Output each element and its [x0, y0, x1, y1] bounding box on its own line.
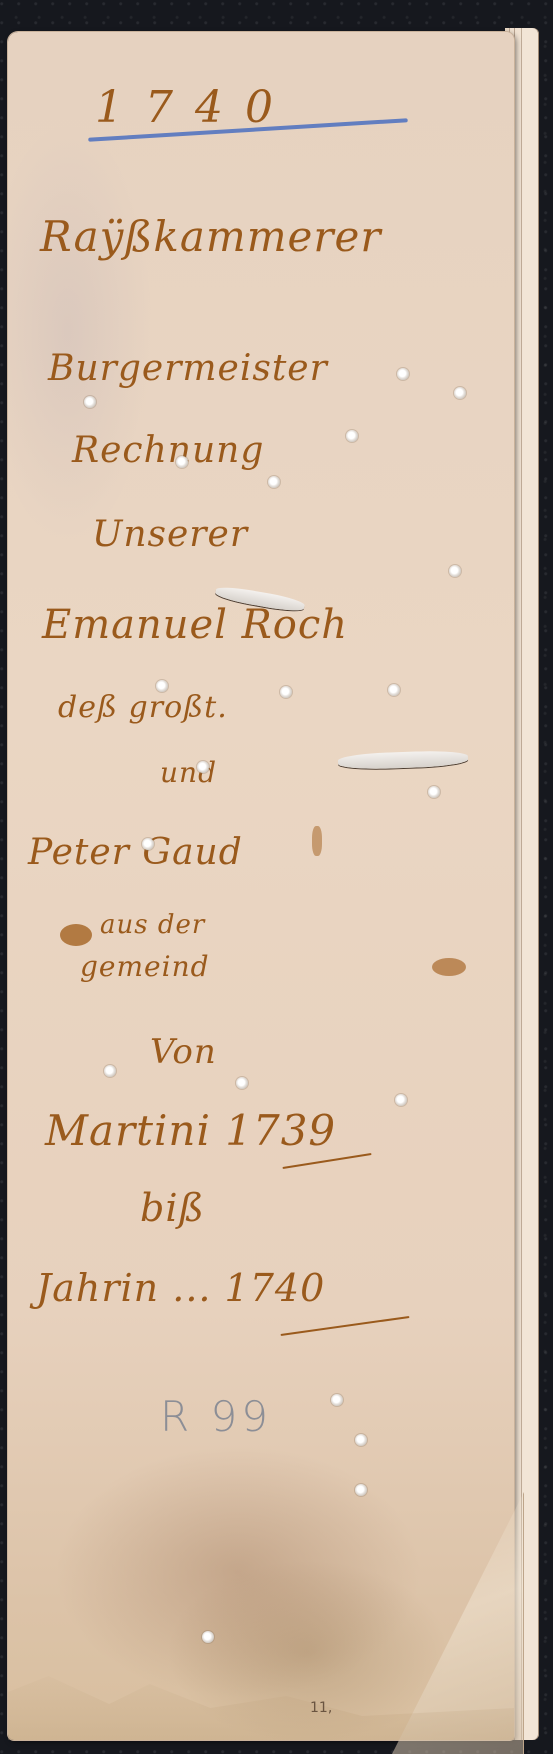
wormhole	[397, 368, 409, 380]
wormhole	[346, 430, 358, 442]
wormhole	[268, 476, 280, 488]
wormhole	[156, 680, 168, 692]
wormhole	[355, 1484, 367, 1496]
wormhole	[355, 1434, 367, 1446]
period-from-label: Von	[150, 1032, 217, 1072]
wormhole	[395, 1094, 407, 1106]
period-end: Jahrin ... 1740	[36, 1266, 325, 1310]
wormhole	[454, 387, 466, 399]
name-line-2-suffix-b: gemeind	[80, 950, 210, 983]
wormhole	[142, 838, 154, 850]
title-line-3: Rechnung	[72, 430, 264, 471]
ink-stain	[312, 826, 322, 856]
wormhole	[197, 761, 209, 773]
shelfmark: R 99	[160, 1392, 272, 1441]
title-line-1: Raÿßkammerer	[40, 212, 381, 261]
folded-corner	[388, 1492, 524, 1754]
ink-stain	[60, 924, 92, 946]
conjunction: und	[160, 756, 217, 789]
ink-stain	[432, 958, 466, 976]
document-cover	[8, 32, 514, 1740]
wormhole	[428, 786, 440, 798]
wormhole	[104, 1065, 116, 1077]
wormhole	[176, 456, 188, 468]
title-line-2: Burgermeister	[48, 348, 328, 389]
name-line-2: Peter Gaud	[28, 832, 243, 873]
wormhole	[236, 1077, 248, 1089]
bottom-pencil-mark: 11,	[310, 1700, 332, 1716]
wormhole	[331, 1394, 343, 1406]
wormhole	[202, 1631, 214, 1643]
name-line-1-suffix: deß großt.	[58, 690, 228, 725]
year-heading: 1740	[95, 82, 295, 133]
period-to-label: biß	[140, 1186, 205, 1230]
period-start: Martini 1739	[45, 1106, 336, 1155]
wormhole	[280, 686, 292, 698]
wormhole	[388, 684, 400, 696]
wormhole	[84, 396, 96, 408]
title-line-4: Unserer	[92, 514, 248, 555]
wormhole	[449, 565, 461, 577]
name-line-2-suffix-a: aus der	[100, 910, 205, 940]
